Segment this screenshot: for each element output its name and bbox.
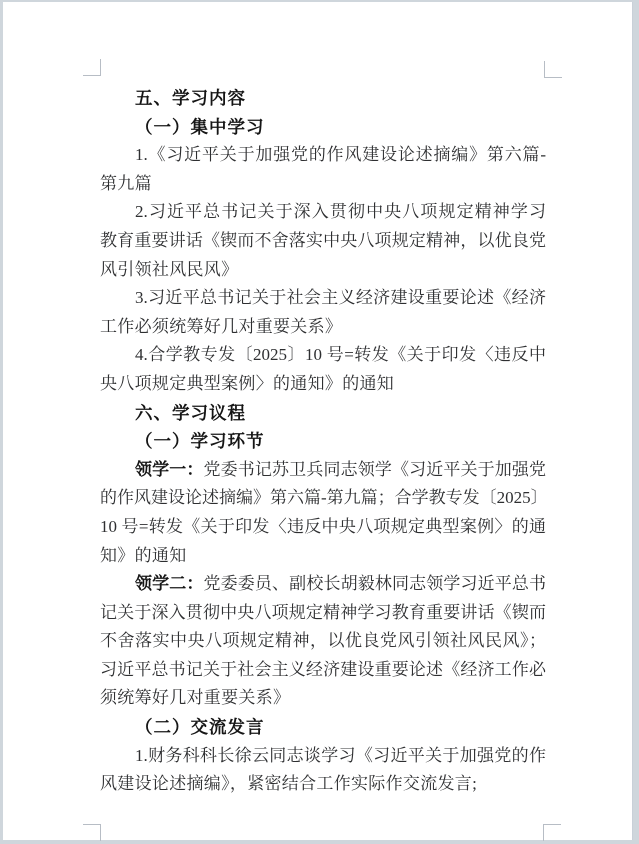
margin-crop-mark-top-right (544, 61, 562, 78)
text-line: 的作风建设论述摘编》第六篇-第九篇；合学教专发〔2025〕 (100, 484, 546, 513)
text-line: （一）学习环节 (100, 427, 546, 456)
document-body: 五、学习内容（一）集中学习1.《习近平关于加强党的作风建设论述摘编》第六篇-第九… (100, 84, 546, 799)
text-line: 领学一：党委书记苏卫兵同志领学《习近平关于加强党 (100, 456, 546, 485)
text-line: 六、学习议程 (100, 399, 546, 428)
text-line: 3.习近平总书记关于社会主义经济建设重要论述《经济 (100, 284, 546, 313)
lead-study-label: 领学一： (135, 460, 204, 479)
text-line: 知》的通知 (100, 542, 546, 571)
text-line: 五、学习内容 (100, 84, 546, 113)
document-page: 五、学习内容（一）集中学习1.《习近平关于加强党的作风建设论述摘编》第六篇-第九… (3, 2, 633, 840)
document-viewport: 五、学习内容（一）集中学习1.《习近平关于加强党的作风建设论述摘编》第六篇-第九… (0, 0, 639, 844)
text-line: 工作必须统筹好几对重要关系》 (100, 313, 546, 342)
text-line: （二）交流发言 (100, 713, 546, 742)
text-line: 第九篇 (100, 170, 546, 199)
margin-crop-mark-bottom-right (543, 824, 561, 841)
text-line: 风建设论述摘编》，紧密结合工作实际作交流发言; (100, 770, 546, 799)
text-line: 风引领社风民风》 (100, 256, 546, 285)
text-line: 1.《习近平关于加强党的作风建设论述摘编》第六篇- (100, 141, 546, 170)
margin-crop-mark-top-left (83, 59, 101, 76)
text-line: 记关于深入贯彻中央八项规定精神学习教育重要讲话《锲而 (100, 599, 546, 628)
text-line: 教育重要讲话《锲而不舍落实中央八项规定精神，以优良党 (100, 227, 546, 256)
text-line: 领学二：党委委员、副校长胡毅林同志领学习近平总书 (100, 570, 546, 599)
text-line: （一）集中学习 (100, 113, 546, 142)
text-line: 习近平总书记关于社会主义经济建设重要论述《经济工作必 (100, 656, 546, 685)
text-line: 4.合学教专发〔2025〕10 号=转发《关于印发〈违反中 (100, 341, 546, 370)
text-line: 央八项规定典型案例〉的通知》的通知 (100, 370, 546, 399)
text-line: 1.财务科科长徐云同志谈学习《习近平关于加强党的作 (100, 742, 546, 771)
margin-crop-mark-bottom-left (83, 824, 101, 841)
text-line: 须统筹好几对重要关系》 (100, 684, 546, 713)
text-line: 2.习近平总书记关于深入贯彻中央八项规定精神学习 (100, 198, 546, 227)
text-line: 10 号=转发《关于印发〈违反中央八项规定典型案例〉的通 (100, 513, 546, 542)
text-line: 不舍落实中央八项规定精神，以优良党风引领社风民风》； (100, 627, 546, 656)
lead-study-label: 领学二： (135, 574, 204, 593)
